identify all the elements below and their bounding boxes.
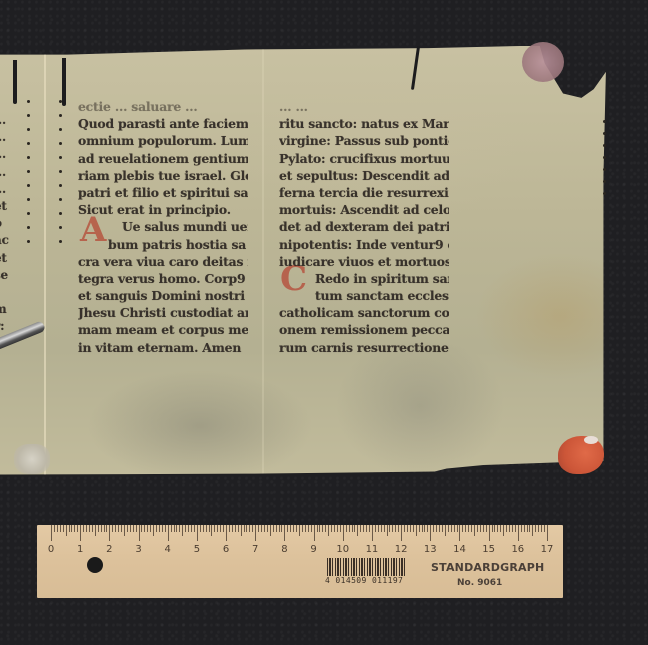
- text-line: Quod parasti ante faciem: [78, 115, 248, 132]
- ruler-tick: [273, 525, 274, 532]
- text-line: in vitam eternam. Amen: [78, 339, 248, 356]
- ruler-number: 17: [541, 544, 554, 555]
- ruler-tick: [457, 525, 458, 532]
- left-edge-text: ... ... ... ... ... et o ac et se m r:: [0, 112, 9, 335]
- ruler-tick: [267, 525, 268, 532]
- ruler-tick: [109, 525, 110, 541]
- text-line: patri et filio et spiritui sancto.: [78, 184, 248, 201]
- ruler-tick: [395, 525, 396, 532]
- ruler-tick: [451, 525, 452, 532]
- ruler-tick: [246, 525, 247, 532]
- ruler-tick: [252, 525, 253, 532]
- pricking-hole: [59, 170, 62, 173]
- text-line: r:: [0, 318, 9, 335]
- ruler-tick: [86, 525, 87, 532]
- ruler-tick: [471, 525, 472, 532]
- ruler-tick: [209, 525, 210, 532]
- ruler-number: 4: [165, 544, 171, 555]
- ruler-tick: [174, 525, 175, 532]
- text-line: omnium populorum. Lumen: [78, 132, 248, 149]
- ruler-tick: [424, 525, 425, 532]
- pricking-hole: [27, 198, 30, 201]
- pricking-hole: [27, 142, 30, 145]
- text-line: iudicare viuos et mortuos.: [279, 253, 449, 270]
- text-line: catholicam sanctorum communi: [279, 304, 449, 321]
- ruler-tick: [194, 525, 195, 532]
- ruler-tick: [337, 525, 338, 532]
- ruler-tick: [179, 525, 180, 532]
- text-line: o: [0, 215, 9, 232]
- ruler-tick: [121, 525, 122, 532]
- ruler-tick: [401, 525, 402, 541]
- ruler-tick: [529, 525, 530, 532]
- ruler-tick: [410, 525, 411, 532]
- ruler-tick: [465, 525, 466, 532]
- ruler-tick: [506, 525, 507, 532]
- ruler-tick: [223, 525, 224, 532]
- ruler-tick: [182, 525, 183, 536]
- ruler-tick: [422, 525, 423, 532]
- ruler-tick: [171, 525, 172, 532]
- ruler-tick: [378, 525, 379, 532]
- pricking-hole: [59, 100, 62, 103]
- stain: [14, 444, 50, 474]
- ruler-tick: [486, 525, 487, 532]
- text-line: et sepultus: Descendit ad in: [279, 167, 449, 184]
- ruler-number: 8: [281, 544, 287, 555]
- ruler-model: No. 9061: [457, 578, 502, 588]
- text-line: ...: [0, 164, 9, 181]
- ruler-tick: [489, 525, 490, 541]
- ruler-tick: [322, 525, 323, 532]
- text-line: bum patris hostia sa: [78, 236, 248, 253]
- ruler-tick: [258, 525, 259, 532]
- ruler-tick: [238, 525, 239, 532]
- ruler-tick: [74, 525, 75, 532]
- ruler-number: 5: [194, 544, 200, 555]
- ruler-tick: [232, 525, 233, 532]
- text-line: tegra verus homo. Corp9: [78, 270, 248, 287]
- text-column-right: ... ... ritu sancto: natus ex Maria virg…: [279, 98, 449, 356]
- ruler-tick: [430, 525, 431, 541]
- ruler-tick: [156, 525, 157, 532]
- text-line: rum carnis resurrectionem: [279, 339, 449, 356]
- ruler-tick: [515, 525, 516, 532]
- ruler-tick: [127, 525, 128, 532]
- ruler-tick: [387, 525, 388, 536]
- ruler-tick: [474, 525, 475, 536]
- text-line: det ad dexteram dei patris om: [279, 218, 449, 235]
- pricking-hole: [27, 240, 30, 243]
- pricking-hole: [27, 128, 30, 131]
- text-line: ...: [0, 146, 9, 163]
- ruler-tick: [191, 525, 192, 532]
- ruler-tick: [124, 525, 125, 536]
- ruler-tick: [197, 525, 198, 541]
- pricking-hole: [59, 156, 62, 159]
- ruler-tick: [95, 525, 96, 536]
- ruler-number: 16: [511, 544, 524, 555]
- ruler-tick: [226, 525, 227, 541]
- ruler-tick: [547, 525, 548, 541]
- text-line: Pylato: crucifixus mortuus: [279, 150, 449, 167]
- ruler-tick: [101, 525, 102, 532]
- text-line: riam plebis tue israel. Gloria: [78, 167, 248, 184]
- ruler-tick: [71, 525, 72, 532]
- ruler-tick: [214, 525, 215, 532]
- ruler-number: 13: [424, 544, 437, 555]
- text-line: virgine: Passus sub pontio: [279, 132, 449, 149]
- ruler-tick: [305, 525, 306, 532]
- ruler-tick: [389, 525, 390, 532]
- ruler-tick: [419, 525, 420, 532]
- pricking-hole: [59, 212, 62, 215]
- text-line: ...: [0, 181, 9, 198]
- ruler-tick: [287, 525, 288, 532]
- ruler-tick: [217, 525, 218, 532]
- ruler-tick: [104, 525, 105, 532]
- ruler-tick: [229, 525, 230, 532]
- ruler-tick: [296, 525, 297, 532]
- barcode-number: 4 014509 011197: [325, 576, 403, 585]
- ruler-tick: [133, 525, 134, 532]
- ruler-tick: [433, 525, 434, 532]
- ruler-tick: [98, 525, 99, 532]
- ruler-tick: [279, 525, 280, 532]
- pricking-hole: [603, 168, 606, 171]
- seal-chip: [584, 436, 598, 444]
- text-line: Ue salus mundi uer: [78, 218, 248, 235]
- barcode: [327, 558, 407, 576]
- ruler-tick: [159, 525, 160, 532]
- ruler-tick: [115, 525, 116, 532]
- ruler-tick: [340, 525, 341, 532]
- ruler-number: 7: [252, 544, 258, 555]
- text-line: mortuis: Ascendit ad celos se: [279, 201, 449, 218]
- ruler-tick: [454, 525, 455, 532]
- ruler-tick: [538, 525, 539, 532]
- ruler-number: 3: [135, 544, 141, 555]
- pricking-hole: [59, 114, 62, 117]
- ruler-number: 12: [395, 544, 408, 555]
- ruler-tick: [375, 525, 376, 532]
- ruler-tick: [241, 525, 242, 536]
- pricking-hole: [603, 144, 606, 147]
- ruler-tick: [360, 525, 361, 532]
- ruler-number: 1: [77, 544, 83, 555]
- ruler-number: 15: [482, 544, 495, 555]
- ruler-tick: [264, 525, 265, 532]
- text-line: ...: [0, 129, 9, 146]
- ruler-tick: [165, 525, 166, 532]
- ruler-tick: [112, 525, 113, 532]
- pricking-hole: [603, 156, 606, 159]
- ruler-tick: [521, 525, 522, 532]
- ruler-tick: [442, 525, 443, 532]
- ruler-tick: [92, 525, 93, 532]
- ruler-tick: [462, 525, 463, 532]
- ruler-tick: [381, 525, 382, 532]
- ruler-tick: [153, 525, 154, 536]
- ruler-tick: [150, 525, 151, 532]
- text-line: et: [0, 198, 9, 215]
- ruler-number: 0: [48, 544, 54, 555]
- ruler-tick: [211, 525, 212, 536]
- ruler-tick: [480, 525, 481, 532]
- pricking-hole: [59, 226, 62, 229]
- text-line: ad reuelationem gentium et glo: [78, 150, 248, 167]
- ruler-tick: [118, 525, 119, 532]
- text-line: nipotentis: Inde ventur9 est: [279, 236, 449, 253]
- text-line: et: [0, 250, 9, 267]
- ruler-tick: [284, 525, 285, 541]
- ruler-tick: [532, 525, 533, 536]
- ruler-tick: [141, 525, 142, 532]
- ruler-tick: [527, 525, 528, 532]
- ruler-tick: [541, 525, 542, 532]
- ruler-tick: [354, 525, 355, 532]
- ruler-tick: [249, 525, 250, 532]
- ruler-tick: [168, 525, 169, 541]
- ruler-tick: [346, 525, 347, 532]
- text-column-left: ectie ... saluare ... Quod parasti ante …: [78, 98, 248, 356]
- ruler-tick: [185, 525, 186, 532]
- ruler-tick: [220, 525, 221, 532]
- ruler-tick: [439, 525, 440, 532]
- ruler-tick: [398, 525, 399, 532]
- pricking-hole: [27, 212, 30, 215]
- pricking-hole: [27, 156, 30, 159]
- ruler-number: 9: [310, 544, 316, 555]
- ruler-tick: [281, 525, 282, 532]
- ruler-number: 6: [223, 544, 229, 555]
- ruler-tick: [54, 525, 55, 532]
- ruler-tick: [413, 525, 414, 532]
- tear-mark: [62, 58, 66, 106]
- pricking-hole: [27, 184, 30, 187]
- text-line: mam meam et corpus meum: [78, 321, 248, 338]
- ruler-tick: [270, 525, 271, 536]
- ruler: 01234567891011121314151617 4 014509 0111…: [37, 525, 563, 598]
- ruler-tick: [139, 525, 140, 541]
- ruler-tick: [235, 525, 236, 532]
- ruler-tick: [500, 525, 501, 532]
- ruler-brand: STANDARDGRAPH: [431, 561, 544, 574]
- pricking-hole: [59, 240, 62, 243]
- ruler-tick: [136, 525, 137, 532]
- ruler-tick: [255, 525, 256, 541]
- ruler-tick: [51, 525, 52, 541]
- tear-mark: [13, 60, 17, 104]
- ruler-tick: [328, 525, 329, 536]
- ruler-tick: [369, 525, 370, 532]
- ruler-tick: [512, 525, 513, 532]
- ruler-hole: [87, 557, 103, 573]
- text-line: tum sanctam ecclesiam: [279, 287, 449, 304]
- ruler-tick: [203, 525, 204, 532]
- ruler-tick: [445, 525, 446, 536]
- ruler-tick: [276, 525, 277, 532]
- ruler-tick: [518, 525, 519, 541]
- pricking-hole: [59, 128, 62, 131]
- ruler-tick: [290, 525, 291, 532]
- wax-seal-remnant-top: [522, 42, 564, 82]
- ruler-number: 2: [106, 544, 112, 555]
- ruler-tick: [80, 525, 81, 541]
- ruler-tick: [144, 525, 145, 532]
- ruler-tick: [363, 525, 364, 532]
- pricking-hole: [603, 120, 606, 123]
- ruler-tick: [349, 525, 350, 532]
- ruler-tick: [317, 525, 318, 532]
- ruler-tick: [416, 525, 417, 536]
- ruler-tick: [331, 525, 332, 532]
- ruler-tick: [404, 525, 405, 532]
- text-line: ferna tercia die resurrexit a: [279, 184, 449, 201]
- pricking-hole: [59, 198, 62, 201]
- ruler-tick: [524, 525, 525, 532]
- text-line: Sicut erat in principio.: [78, 201, 248, 218]
- fold-line: [262, 46, 264, 478]
- text-line: Jhesu Christi custodiat ani: [78, 304, 248, 321]
- ruler-tick: [244, 525, 245, 532]
- ruler-tick: [372, 525, 373, 541]
- ruler-tick: [63, 525, 64, 532]
- ruler-tick: [106, 525, 107, 532]
- ruler-ticks: 01234567891011121314151617: [51, 525, 547, 545]
- ruler-tick: [509, 525, 510, 532]
- ruler-tick: [188, 525, 189, 532]
- pricking-hole: [603, 180, 606, 183]
- text-line: ...: [0, 112, 9, 129]
- text-line: et sanguis Domini nostri: [78, 287, 248, 304]
- ruler-tick: [497, 525, 498, 532]
- pricking-hole: [603, 132, 606, 135]
- ruler-number: 11: [366, 544, 379, 555]
- text-line: Redo in spiritum sanc: [279, 270, 449, 287]
- text-line: ritu sancto: natus ex Maria: [279, 115, 449, 132]
- ruler-tick: [206, 525, 207, 532]
- ruler-tick: [162, 525, 163, 532]
- ruler-tick: [352, 525, 353, 532]
- ruler-tick: [147, 525, 148, 532]
- ruler-number: 14: [453, 544, 466, 555]
- ruler-tick: [130, 525, 131, 532]
- text-line: se: [0, 267, 9, 284]
- text-line: ac: [0, 232, 9, 249]
- pricking-hole: [603, 192, 606, 195]
- ruler-tick: [314, 525, 315, 541]
- text-line: m: [0, 301, 9, 318]
- ruler-tick: [343, 525, 344, 541]
- ruler-tick: [200, 525, 201, 532]
- ruler-tick: [384, 525, 385, 532]
- ruler-tick: [319, 525, 320, 532]
- ruler-tick: [261, 525, 262, 532]
- ruler-tick: [60, 525, 61, 532]
- ruler-tick: [83, 525, 84, 532]
- pricking-hole: [27, 226, 30, 229]
- ruler-tick: [293, 525, 294, 532]
- ruler-tick: [477, 525, 478, 532]
- ruler-tick: [459, 525, 460, 541]
- ruler-tick: [325, 525, 326, 532]
- ruler-tick: [436, 525, 437, 532]
- ruler-tick: [448, 525, 449, 532]
- pricking-hole: [27, 114, 30, 117]
- ruler-tick: [366, 525, 367, 532]
- ruler-tick: [535, 525, 536, 532]
- text-line: ... ...: [279, 98, 449, 115]
- ruler-tick: [503, 525, 504, 536]
- ruler-tick: [176, 525, 177, 532]
- pricking-hole: [59, 142, 62, 145]
- ruler-tick: [492, 525, 493, 532]
- ruler-tick: [427, 525, 428, 532]
- ruler-tick: [392, 525, 393, 532]
- text-line: [0, 284, 9, 301]
- ruler-tick: [334, 525, 335, 532]
- text-line: ectie ... saluare ...: [78, 98, 248, 115]
- text-line: cra vera viua caro deitas in: [78, 253, 248, 270]
- ruler-tick: [77, 525, 78, 532]
- fold-line: [44, 46, 46, 478]
- pricking-hole: [59, 184, 62, 187]
- ruler-tick: [89, 525, 90, 532]
- ruler-tick: [357, 525, 358, 536]
- ruler-tick: [494, 525, 495, 532]
- ruler-number: 10: [336, 544, 349, 555]
- ruler-tick: [308, 525, 309, 532]
- pricking-hole: [27, 170, 30, 173]
- text-line: onem remissionem peccato: [279, 321, 449, 338]
- ruler-tick: [302, 525, 303, 532]
- ruler-tick: [544, 525, 545, 532]
- ruler-tick: [66, 525, 67, 536]
- ruler-tick: [69, 525, 70, 532]
- ruler-tick: [407, 525, 408, 532]
- ruler-tick: [468, 525, 469, 532]
- ruler-tick: [299, 525, 300, 536]
- ruler-tick: [57, 525, 58, 532]
- ruler-tick: [311, 525, 312, 532]
- ruler-tick: [483, 525, 484, 532]
- pricking-hole: [27, 100, 30, 103]
